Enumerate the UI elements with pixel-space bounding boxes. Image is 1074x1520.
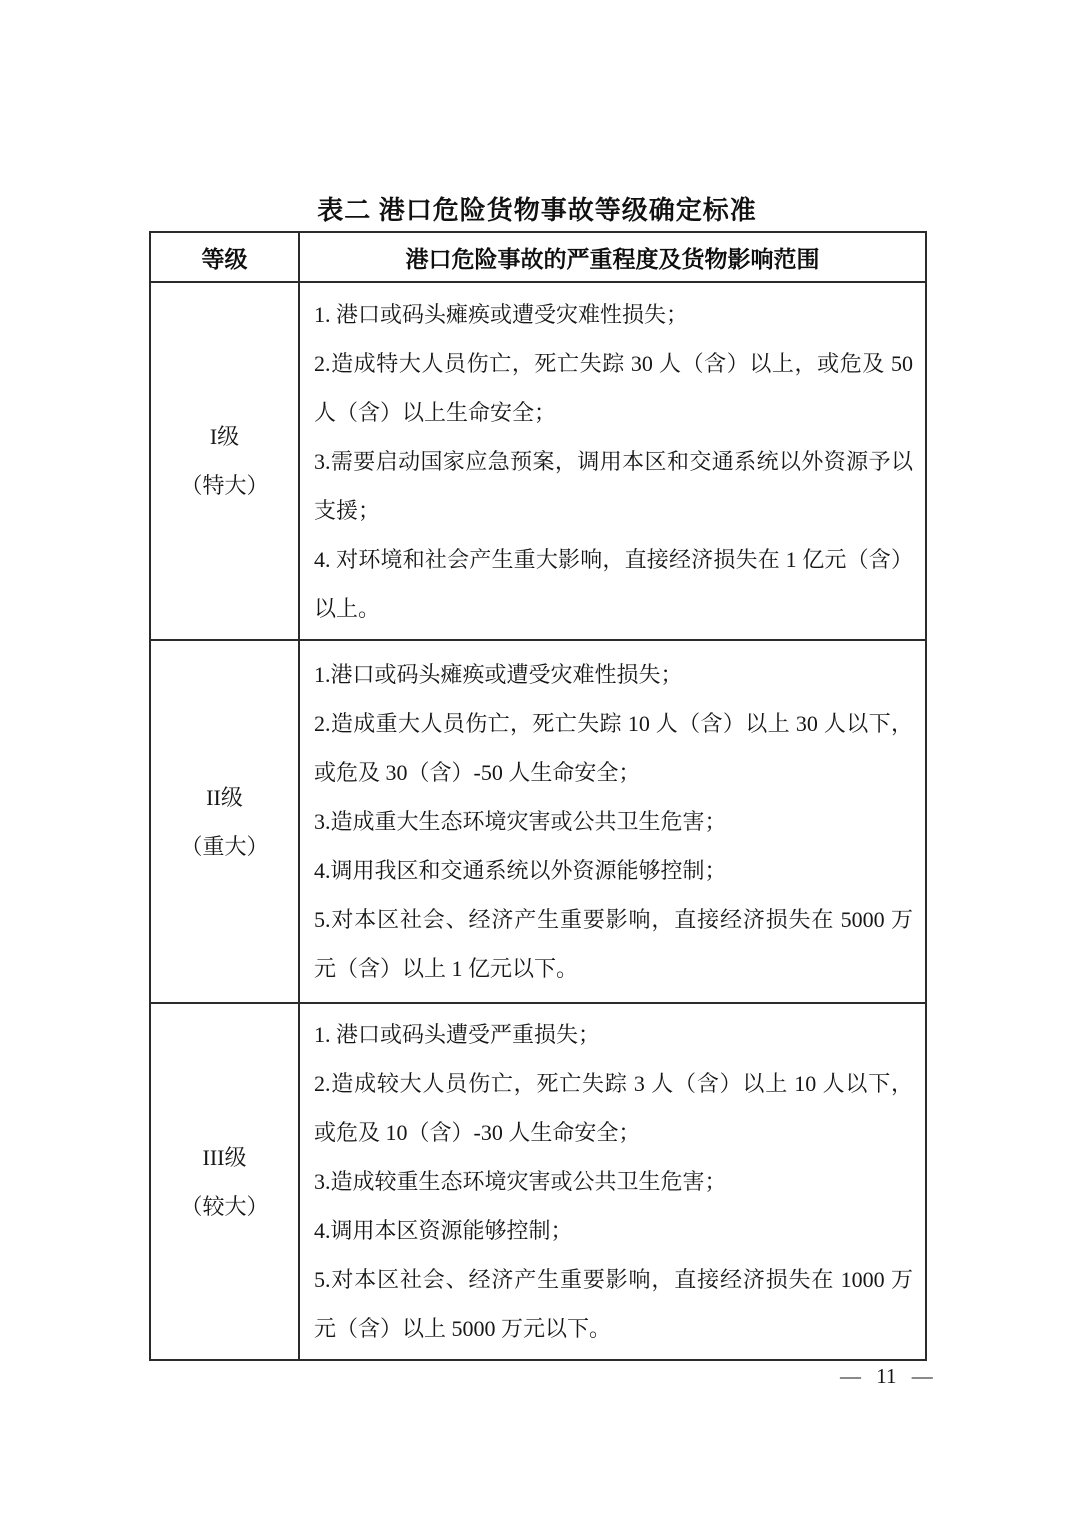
table-header-row: 等级 港口危险事故的严重程度及货物影响范围 — [150, 232, 926, 282]
criteria-cell: 1. 港口或码头遭受严重损失；2.造成较大人员伤亡，死亡失踪 3 人（含）以上 … — [299, 1003, 926, 1360]
criteria-item: 2.造成较大人员伤亡，死亡失踪 3 人（含）以上 10 人以下，或危及 10（含… — [314, 1059, 913, 1157]
criteria-cell: 1.港口或码头瘫痪或遭受灾难性损失；2.造成重大人员伤亡，死亡失踪 10 人（含… — [299, 640, 926, 1003]
criteria-item: 2.造成特大人员伤亡，死亡失踪 30 人（含）以上，或危及 50 人（含）以上生… — [314, 339, 913, 437]
document-page: 表二 港口危险货物事故等级确定标准 等级 港口危险事故的严重程度及货物影响范围 … — [0, 0, 1074, 1520]
severity-column-header: 港口危险事故的严重程度及货物影响范围 — [299, 232, 926, 282]
table-title: 表二 港口危险货物事故等级确定标准 — [0, 190, 1074, 227]
grade-label: III级 — [151, 1133, 298, 1182]
criteria-cell: 1. 港口或码头瘫痪或遭受灾难性损失；2.造成特大人员伤亡，死亡失踪 30 人（… — [299, 282, 926, 640]
criteria-item: 3.造成较重生态环境灾害或公共卫生危害； — [314, 1157, 913, 1206]
criteria-item: 4. 对环境和社会产生重大影响，直接经济损失在 1 亿元（含）以上。 — [314, 535, 913, 633]
grade-cell: II级（重大） — [150, 640, 299, 1003]
table-row: III级（较大）1. 港口或码头遭受严重损失；2.造成较大人员伤亡，死亡失踪 3… — [150, 1003, 926, 1360]
grade-column-header: 等级 — [150, 232, 299, 282]
grade-cell: III级（较大） — [150, 1003, 299, 1360]
criteria-item: 1. 港口或码头瘫痪或遭受灾难性损失； — [314, 290, 913, 339]
grade-label: I级 — [151, 412, 298, 461]
table-row: I级（特大）1. 港口或码头瘫痪或遭受灾难性损失；2.造成特大人员伤亡，死亡失踪… — [150, 282, 926, 640]
criteria-item: 5.对本区社会、经济产生重要影响，直接经济损失在 1000 万元（含）以上 50… — [314, 1255, 913, 1353]
grade-sublabel: （较大） — [151, 1182, 298, 1231]
criteria-item: 4.调用我区和交通系统以外资源能够控制； — [314, 846, 913, 895]
criteria-item: 2.造成重大人员伤亡，死亡失踪 10 人（含）以上 30 人以下，或危及 30（… — [314, 699, 913, 797]
criteria-item: 1. 港口或码头遭受严重损失； — [314, 1010, 913, 1059]
grade-cell: I级（特大） — [150, 282, 299, 640]
criteria-item: 4.调用本区资源能够控制； — [314, 1206, 913, 1255]
criteria-item: 1.港口或码头瘫痪或遭受灾难性损失； — [314, 650, 913, 699]
page-number: — 11 — — [840, 1364, 933, 1389]
table-row: II级（重大）1.港口或码头瘫痪或遭受灾难性损失；2.造成重大人员伤亡，死亡失踪… — [150, 640, 926, 1003]
criteria-item: 3.造成重大生态环境灾害或公共卫生危害； — [314, 797, 913, 846]
table-body: I级（特大）1. 港口或码头瘫痪或遭受灾难性损失；2.造成特大人员伤亡，死亡失踪… — [150, 282, 926, 1360]
criteria-item: 3.需要启动国家应急预案，调用本区和交通系统以外资源予以支援； — [314, 437, 913, 535]
grade-label: II级 — [151, 773, 298, 822]
grade-sublabel: （特大） — [151, 461, 298, 510]
accident-grade-table: 等级 港口危险事故的严重程度及货物影响范围 I级（特大）1. 港口或码头瘫痪或遭… — [149, 231, 927, 1361]
grade-sublabel: （重大） — [151, 822, 298, 871]
criteria-item: 5.对本区社会、经济产生重要影响，直接经济损失在 5000 万元（含）以上 1 … — [314, 895, 913, 993]
